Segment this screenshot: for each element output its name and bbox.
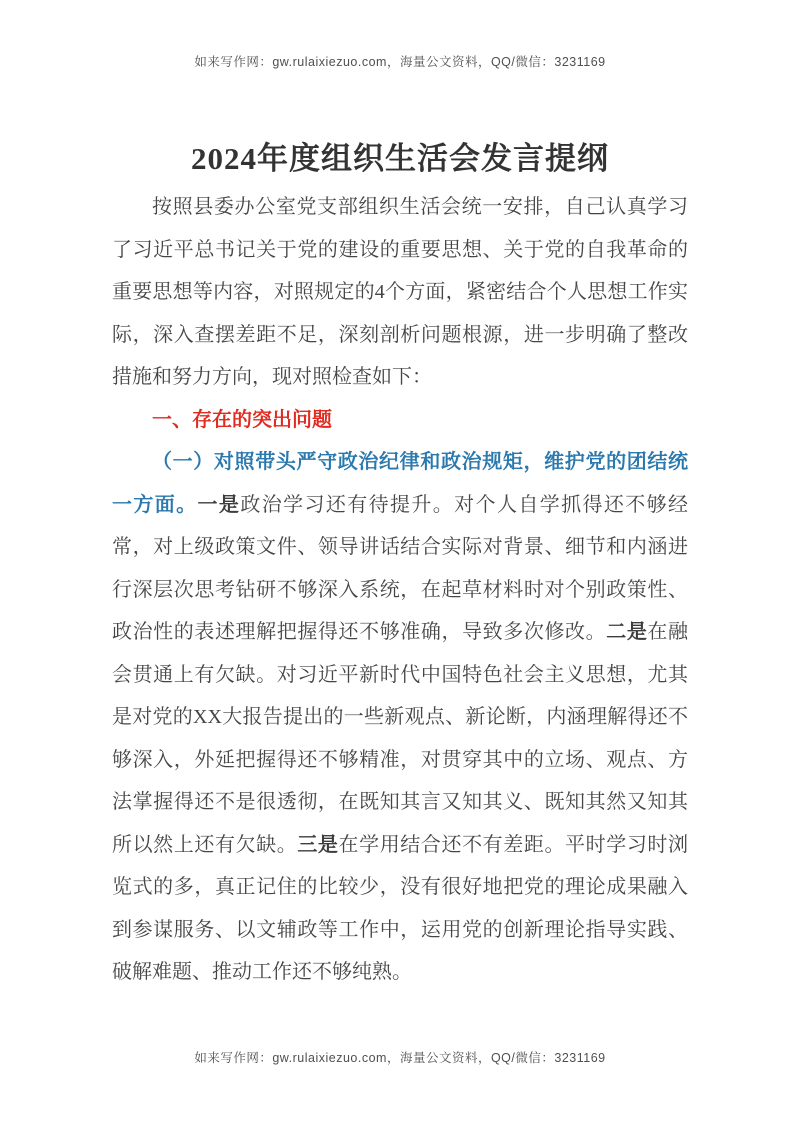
page-header-note: 如来写作网：gw.rulaixiezuo.com，海量公文资料，QQ/微信：32… (0, 52, 800, 70)
intro-paragraph: 按照县委办公室党支部组织生活会统一安排，自己认真学习了习近平总书记关于党的建设的… (112, 186, 688, 399)
document-title: 2024年度组织生活会发言提纲 (0, 133, 800, 178)
point-2-text: 在融会贯通上有欠缺。对习近平新时代中国特色社会主义思想，尤其是对党的XX大报告提… (112, 621, 688, 856)
subsection-1-paragraph: （一）对照带头严守政治纪律和政治规矩，维护党的团结统一方面。一是政治学习还有待提… (112, 441, 688, 994)
document-body: 按照县委办公室党支部组织生活会统一安排，自己认真学习了习近平总书记关于党的建设的… (112, 186, 688, 994)
section-heading-1: 一、存在的突出问题 (112, 399, 688, 442)
page-footer-note: 如来写作网：gw.rulaixiezuo.com，海量公文资料，QQ/微信：32… (0, 1048, 800, 1066)
point-1-label: 一是 (198, 494, 241, 516)
document-page: 如来写作网：gw.rulaixiezuo.com，海量公文资料，QQ/微信：32… (0, 0, 800, 1131)
point-3-label: 三是 (297, 834, 338, 856)
point-2-label: 二是 (606, 621, 647, 643)
